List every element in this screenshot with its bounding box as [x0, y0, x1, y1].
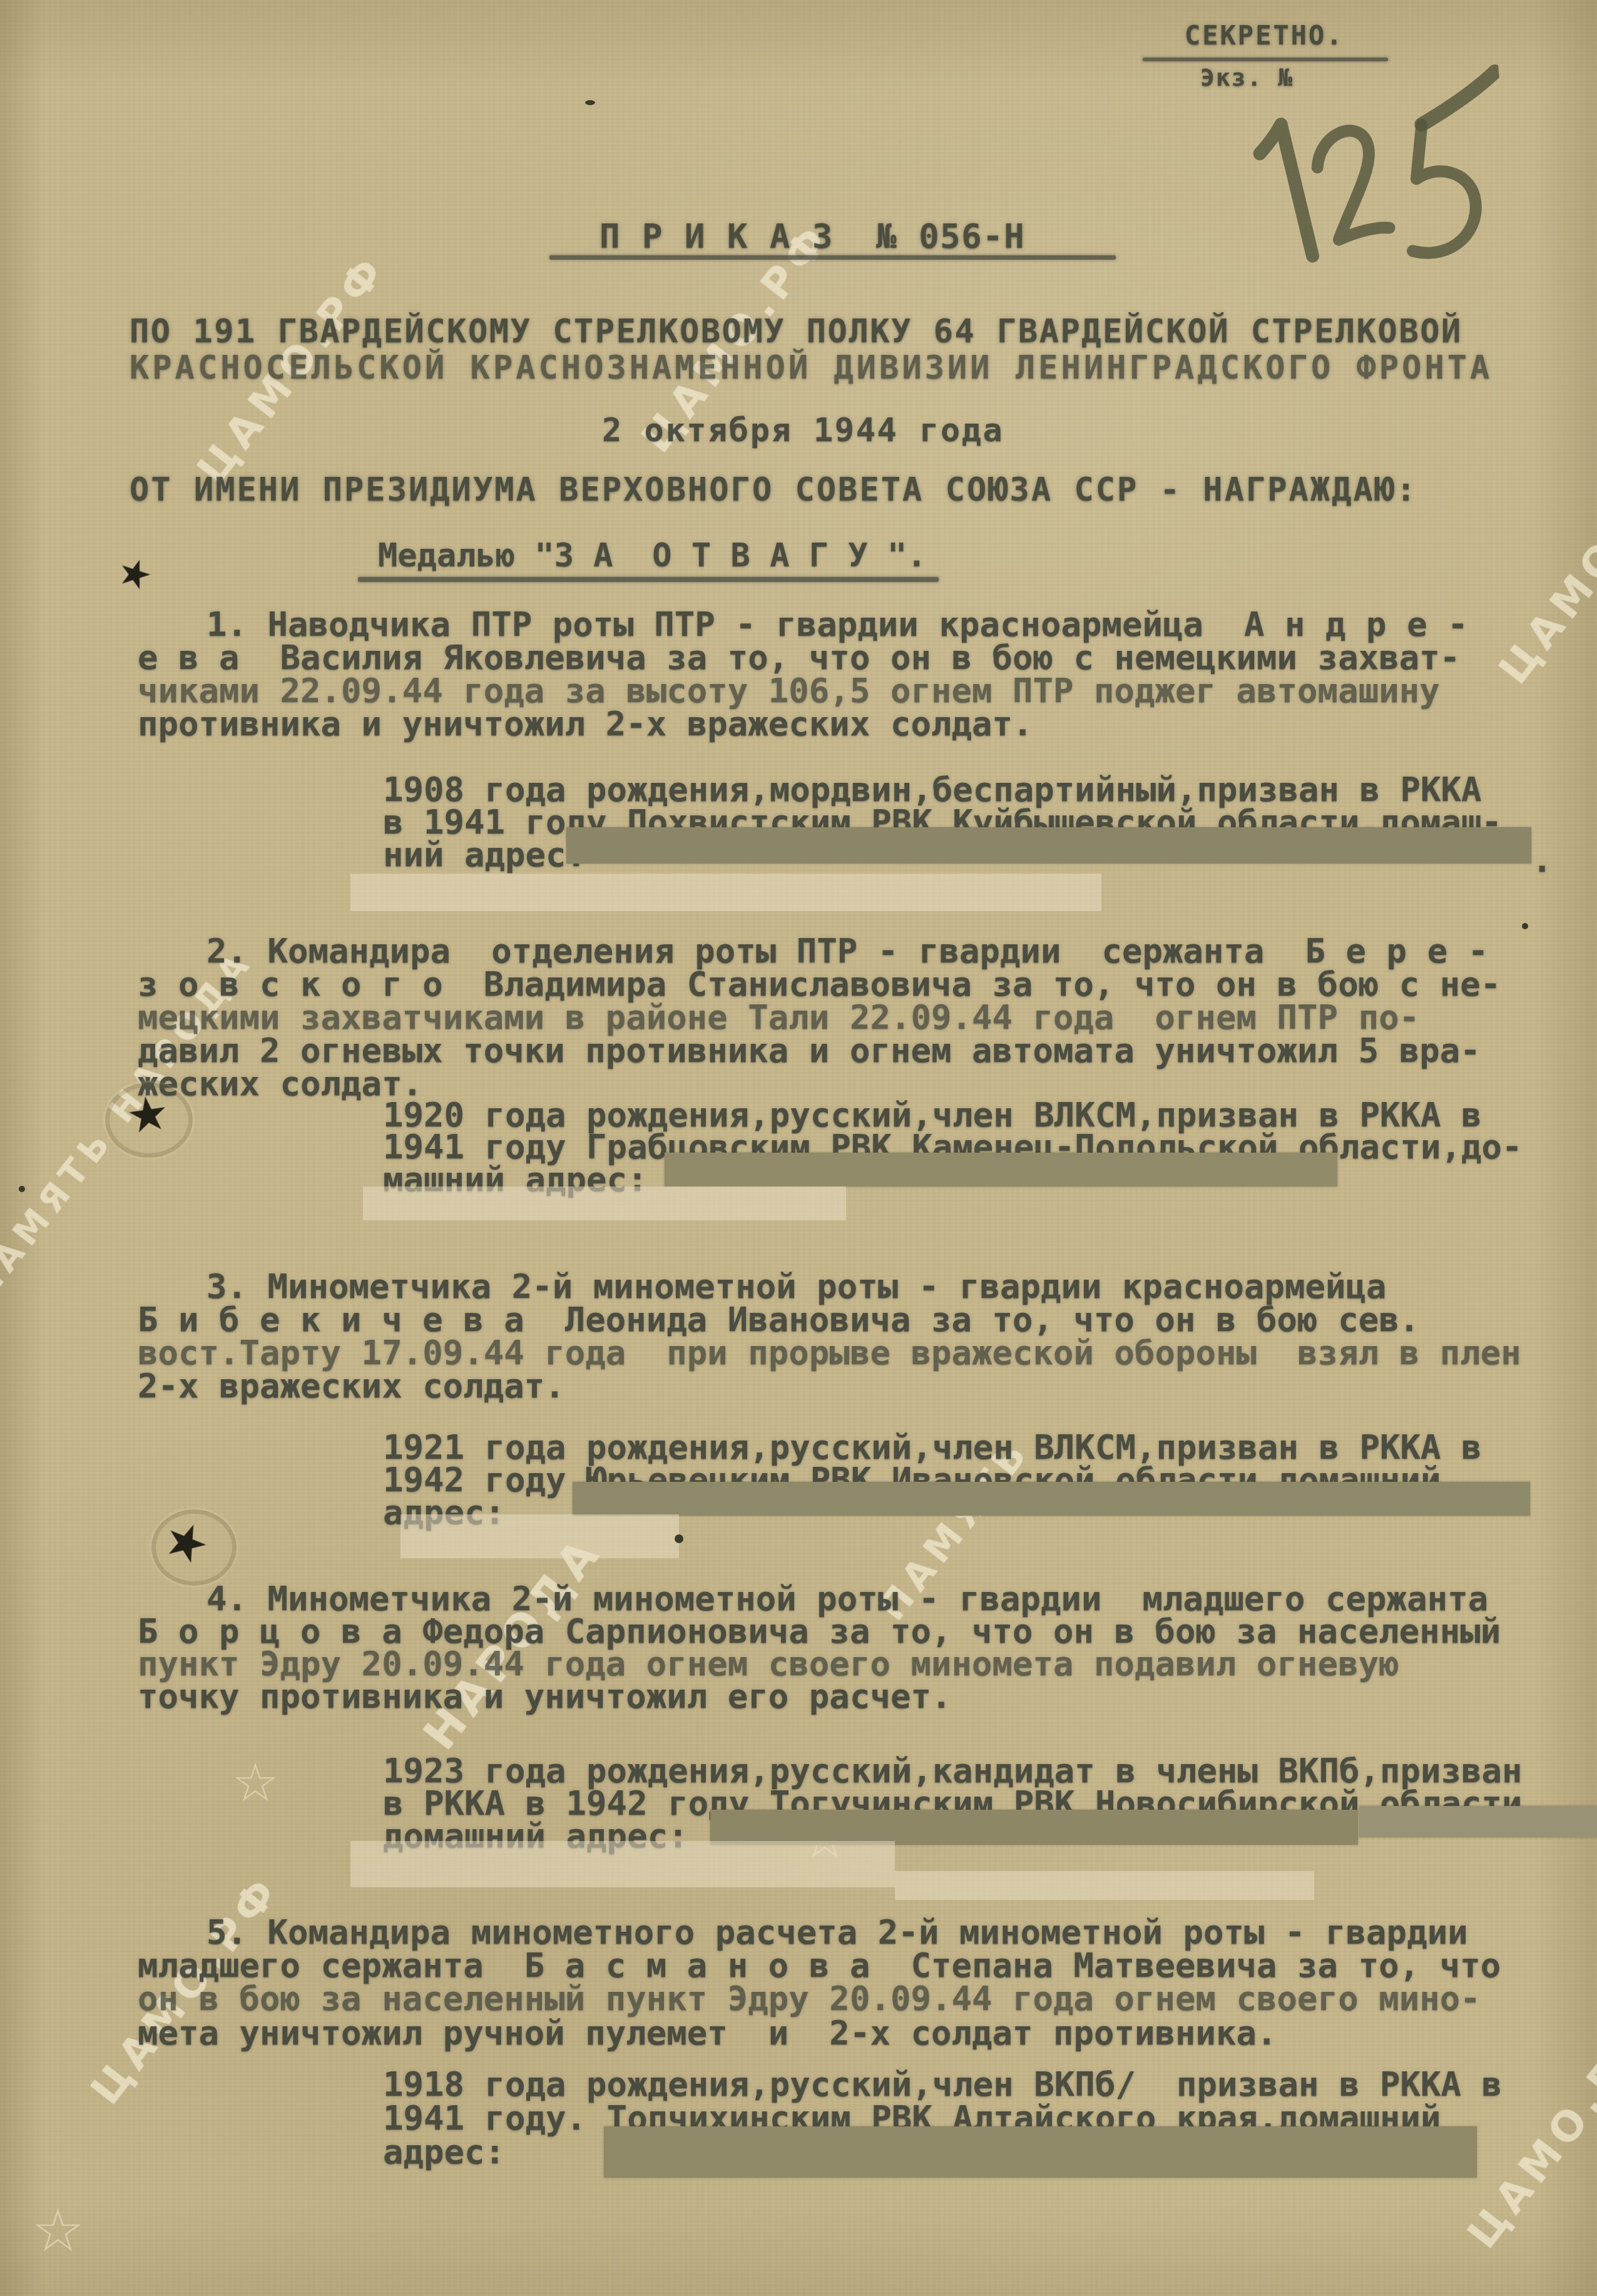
entry-citation-line: противника и уничтожил 2-х вражеских сол…	[138, 705, 1033, 742]
erased-area	[363, 1186, 846, 1220]
ink-speck	[1522, 923, 1528, 929]
redaction-bar	[665, 1153, 1337, 1186]
ink-blot: ★	[111, 546, 158, 601]
ink-speck	[585, 100, 595, 105]
erased-area	[350, 874, 1101, 911]
document-page: ЦАМО.РФ ЦАМО.РФ ЦАМО.РФ ПАМЯТЬ НАРОДА НА…	[0, 0, 1597, 2296]
entry-info-line: адрес:	[383, 2133, 505, 2170]
addressee-line: ПО 191 ГВАРДЕЙСКОМУ СТРЕЛКОВОМУ ПОЛКУ 64…	[130, 314, 1462, 350]
redaction-bar	[1359, 1806, 1597, 1837]
watermark-star-icon: ☆	[31, 2197, 84, 2265]
redaction-bar	[566, 827, 1531, 864]
entry-citation-line: мета уничтожил ручной пулемет и 2-х солд…	[138, 2014, 1277, 2051]
order-title: П Р И К А З № 056-Н	[600, 218, 1025, 255]
watermark-archive: ЦАМО.РФ	[1489, 445, 1597, 693]
redaction-bar	[573, 1482, 1530, 1516]
classification-underline	[1143, 58, 1388, 61]
ink-speck	[675, 1534, 683, 1543]
erased-area	[350, 1841, 895, 1887]
entry-info-line: ний адрес:	[383, 836, 586, 873]
order-title-underline	[549, 255, 1116, 260]
redaction-bar	[710, 1810, 1358, 1845]
trailing-period: .	[1532, 842, 1553, 879]
medal-heading-underline	[358, 577, 939, 582]
erased-area	[895, 1871, 1314, 1900]
ink-blot: ★	[123, 1084, 173, 1145]
ink-speck	[19, 1186, 25, 1192]
watermark-archive: ЦАМО.РФ	[1458, 2009, 1597, 2257]
entry-citation-line: 2-х вражеских солдат.	[138, 1367, 565, 1404]
addressee-line: КРАСНОСЕЛЬСКОЙ КРАСНОЗНАМЕННОЙ ДИВИЗИИ Л…	[130, 350, 1492, 386]
redaction-bar	[604, 2126, 1477, 2178]
award-preamble: ОТ ИМЕНИ ПРЕЗИДИУМА ВЕРХОВНОГО СОВЕТА СО…	[130, 472, 1417, 508]
classification-stamp: СЕКРЕТНО.	[1185, 21, 1344, 50]
entry-citation-line: он в бою за населенный пункт Эдру 20.09.…	[138, 1980, 1481, 2017]
order-date: 2 октября 1944 года	[602, 413, 1004, 449]
entry-citation-line: точку противника и уничтожил его расчет.	[138, 1678, 951, 1715]
handwritten-page-number-value: 125	[1283, 106, 1294, 113]
handwritten-page-number	[1230, 58, 1518, 312]
watermark-star-icon: ☆	[232, 1752, 279, 1814]
erased-area	[401, 1514, 679, 1558]
entry-info-line: 1918 года рождения,русский,член ВКПб/ пр…	[383, 2066, 1502, 2103]
medal-heading: Медалью "З А О Т В А Г У ".	[378, 538, 927, 574]
